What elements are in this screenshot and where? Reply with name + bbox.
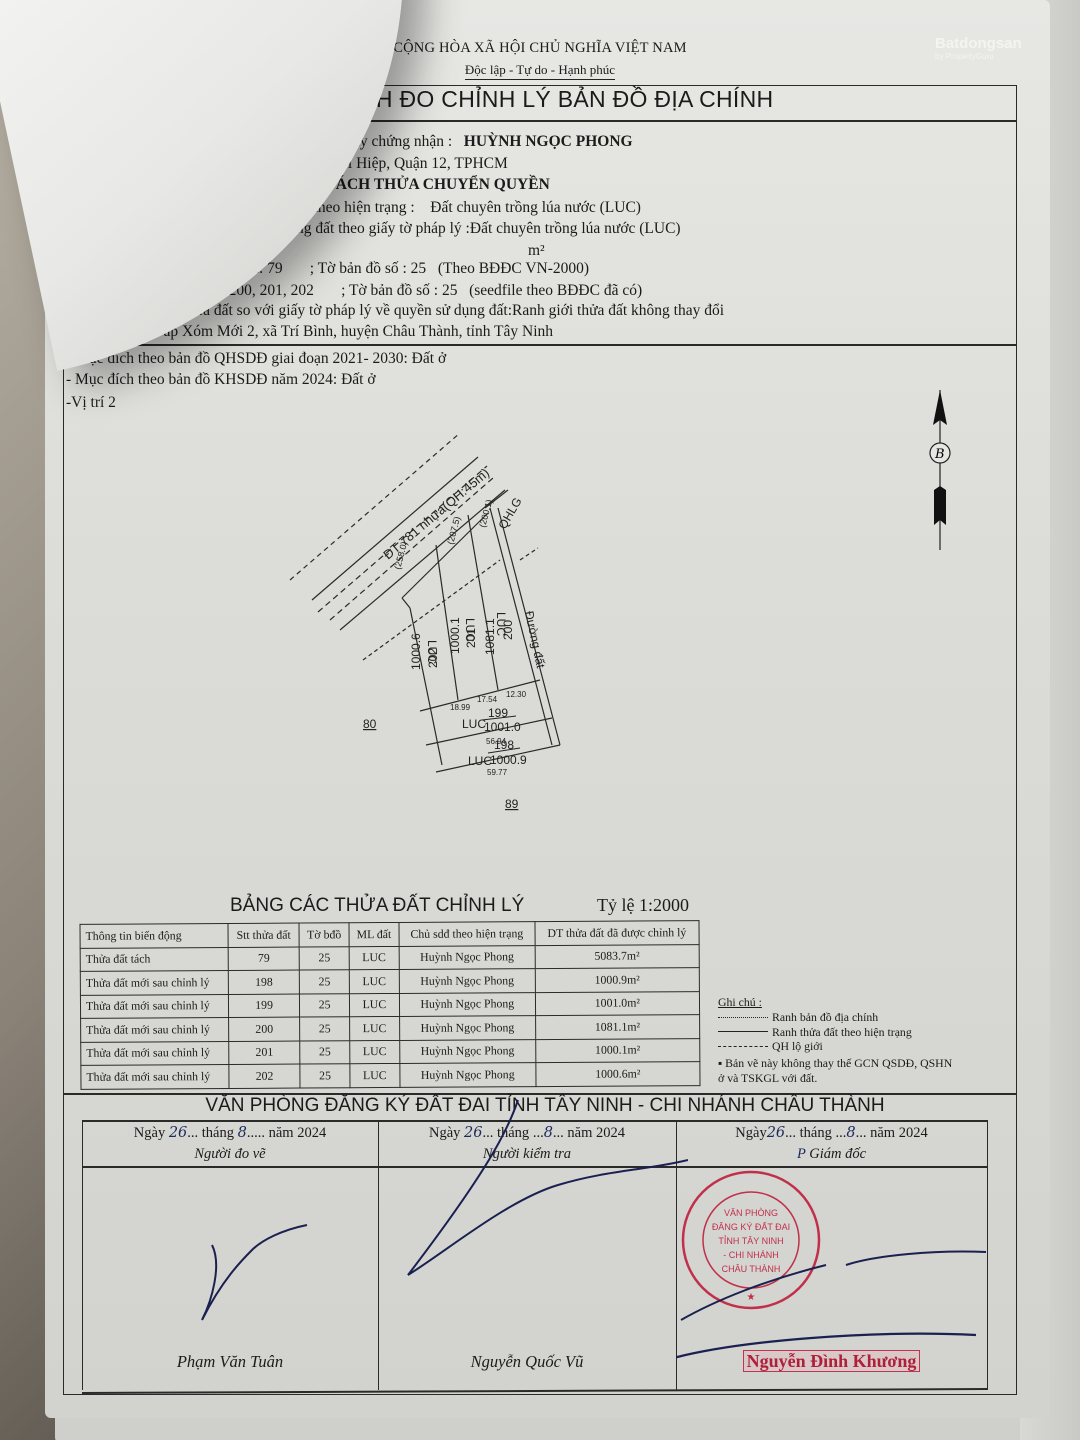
signature-checker: Ngày 26... tháng ...8... năm 2024 Người … [378,1120,676,1370]
svg-text:VĂN PHÒNG: VĂN PHÒNG [724,1208,778,1218]
position-line: -Vị trí 2 [66,394,116,412]
signature-director: Ngày26... tháng ...8... năm 2024 P Giám … [676,1120,987,1370]
svg-text:CHÂU THÀNH: CHÂU THÀNH [722,1264,781,1274]
handwritten-signature [388,1090,688,1320]
disclaimer: ▪ Bản vẽ này không thay thế GCN QSDĐ, QS… [718,1056,958,1086]
official-stamp: VĂN PHÒNG ĐĂNG KÝ ĐẤT ĐAI TỈNH TÂY NINH … [676,1160,996,1360]
legend-dashed: QH lộ giới [718,1039,958,1054]
legend-notes: Ghi chú : Ranh bản đồ địa chính Ranh thử… [718,995,958,1086]
svg-text:- CHI NHÁNH: - CHI NHÁNH [723,1250,779,1260]
parcel-table: Thông tin biến động Stt thửa đất Tờ bđồ … [80,920,701,1089]
planning-line: - Mục đích theo bản đồ QHSDĐ giai đoạn 2… [66,350,446,368]
map-scale: Tỷ lệ 1:2000 [597,895,689,916]
svg-text:TỈNH TÂY NINH: TỈNH TÂY NINH [718,1235,783,1246]
svg-text:★: ★ [747,1292,756,1303]
plan-2024-line: - Mục đích theo bản đồ KHSDĐ năm 2024: Đ… [66,371,376,389]
table-row: Thửa đất mới sau chỉnh lý20225LUCHuỳnh N… [81,1062,700,1089]
signature-surveyor: Ngày 26... tháng 8..... năm 2024 Người đ… [82,1120,378,1370]
svg-text:ĐĂNG KÝ ĐẤT ĐAI: ĐĂNG KÝ ĐẤT ĐAI [712,1222,790,1232]
divider [63,344,1017,346]
watermark: Batdongsanby PropertyGuru [935,35,1022,61]
table-title: BẢNG CÁC THỬA ĐẤT CHỈNH LÝ [230,895,524,917]
area-unit: m² [528,242,545,260]
legend-solid: Ranh thửa đất theo hiện trạng [718,1025,958,1040]
legend-dotted: Ranh bản đồ địa chính [718,1010,958,1025]
signature-block: Ngày 26... tháng 8..... năm 2024 Người đ… [82,1120,987,1370]
handwritten-signature [182,1220,312,1330]
